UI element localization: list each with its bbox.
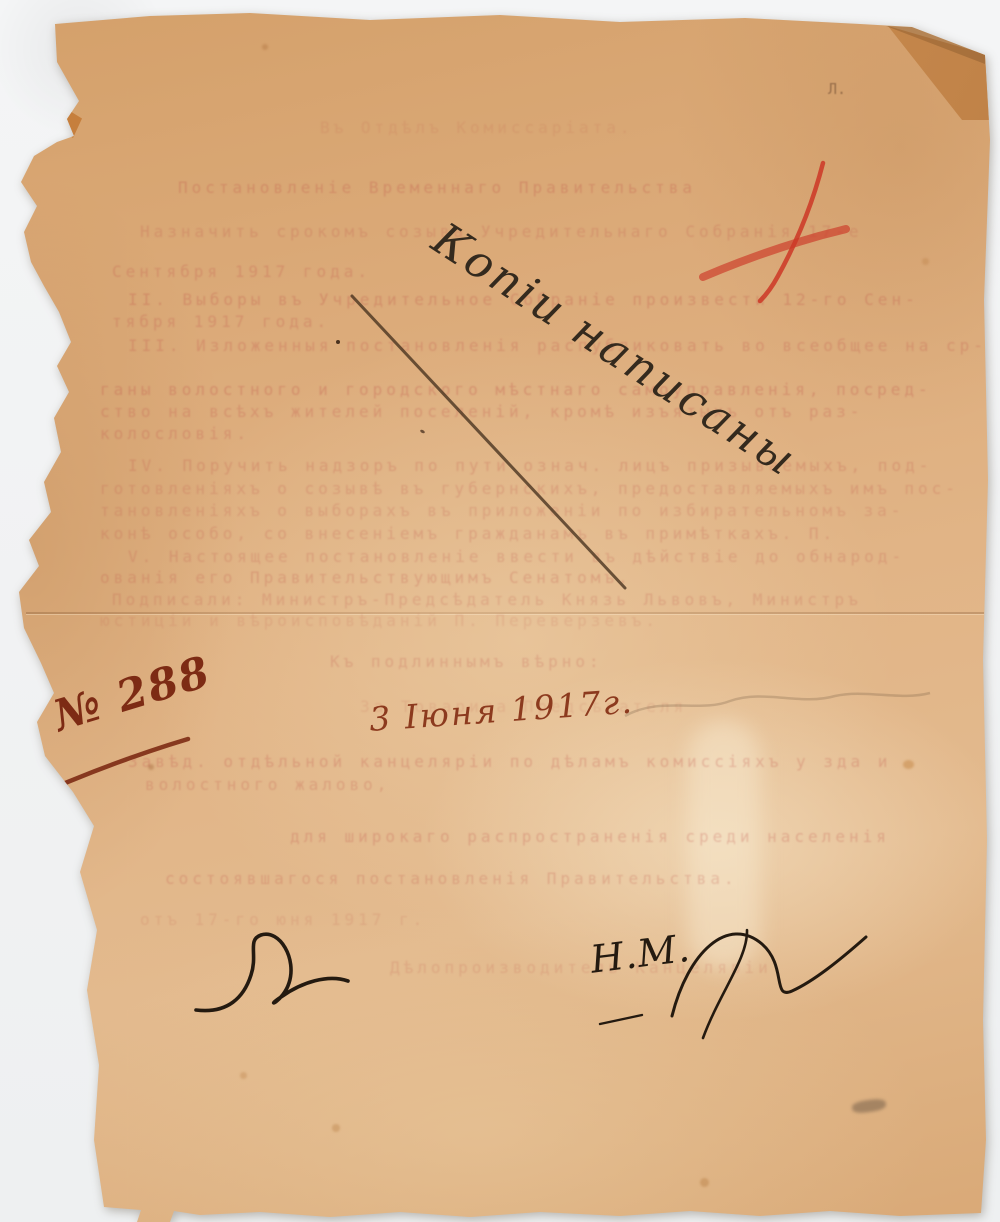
typed-line: ганы волостного и городского мѣстнаго са… — [100, 380, 932, 399]
typed-line: Сентября 1917 года. — [112, 262, 371, 281]
typed-line: V. Настоящее постановленіе ввести въ дѣй… — [128, 547, 905, 566]
paper-sheet-wrapper: Въ Отдѣлъ Комиссаріата.Постановленіе Вре… — [0, 0, 1000, 1222]
paper-sheet: Въ Отдѣлъ Комиссаріата.Постановленіе Вре… — [0, 0, 1000, 1222]
typed-line: IV. Поручить надзоръ по пути означ. лицъ… — [128, 456, 932, 475]
typed-line: для широкаго распространенія среди насел… — [290, 827, 890, 846]
typed-text-layer: Въ Отдѣлъ Комиссаріата.Постановленіе Вре… — [0, 0, 1000, 1222]
typed-line: тября 1917 года. — [112, 312, 330, 331]
typed-line: ованія его Правительствующимъ Сенатомъ. — [100, 568, 632, 587]
corner-mark-letter: Л. — [828, 80, 846, 98]
typed-line: Къ подлиннымъ вѣрно: — [330, 652, 603, 671]
typed-line: тановленіяхъ о выборахъ въ приложеніи по… — [100, 501, 904, 520]
typed-line: Постановленіе Временнаго Правительства — [178, 178, 696, 197]
typed-line: конѣ особо, со внесеніемъ гражданамъ въ … — [100, 524, 836, 543]
typed-line: состоявшагося постановленія Правительств… — [165, 869, 738, 888]
typed-line: юстиціи и вѣроисповѣданій П. Переверзевъ… — [100, 611, 659, 630]
typed-line: Дѣлопроизводитель Канцеляріи — [390, 958, 772, 977]
typed-line: Завѣд. отдѣльной канцеляріи по дѣламъ ко… — [128, 752, 891, 771]
typed-line: Подписали: Министръ-Предсѣдатель Князь Л… — [112, 590, 862, 609]
typed-line: отъ 17-го юня 1917 г. — [140, 910, 426, 929]
typed-line: колословія. — [100, 424, 250, 443]
typed-line: Въ Отдѣлъ Комиссаріата. — [320, 118, 634, 137]
typed-line: готовленіяхъ о созывѣ въ губернскихъ, пр… — [100, 479, 959, 498]
typed-line: волостного жалово, — [145, 775, 390, 794]
typed-line: Назначить срокомъ созыва Учредительнаго … — [140, 222, 863, 241]
